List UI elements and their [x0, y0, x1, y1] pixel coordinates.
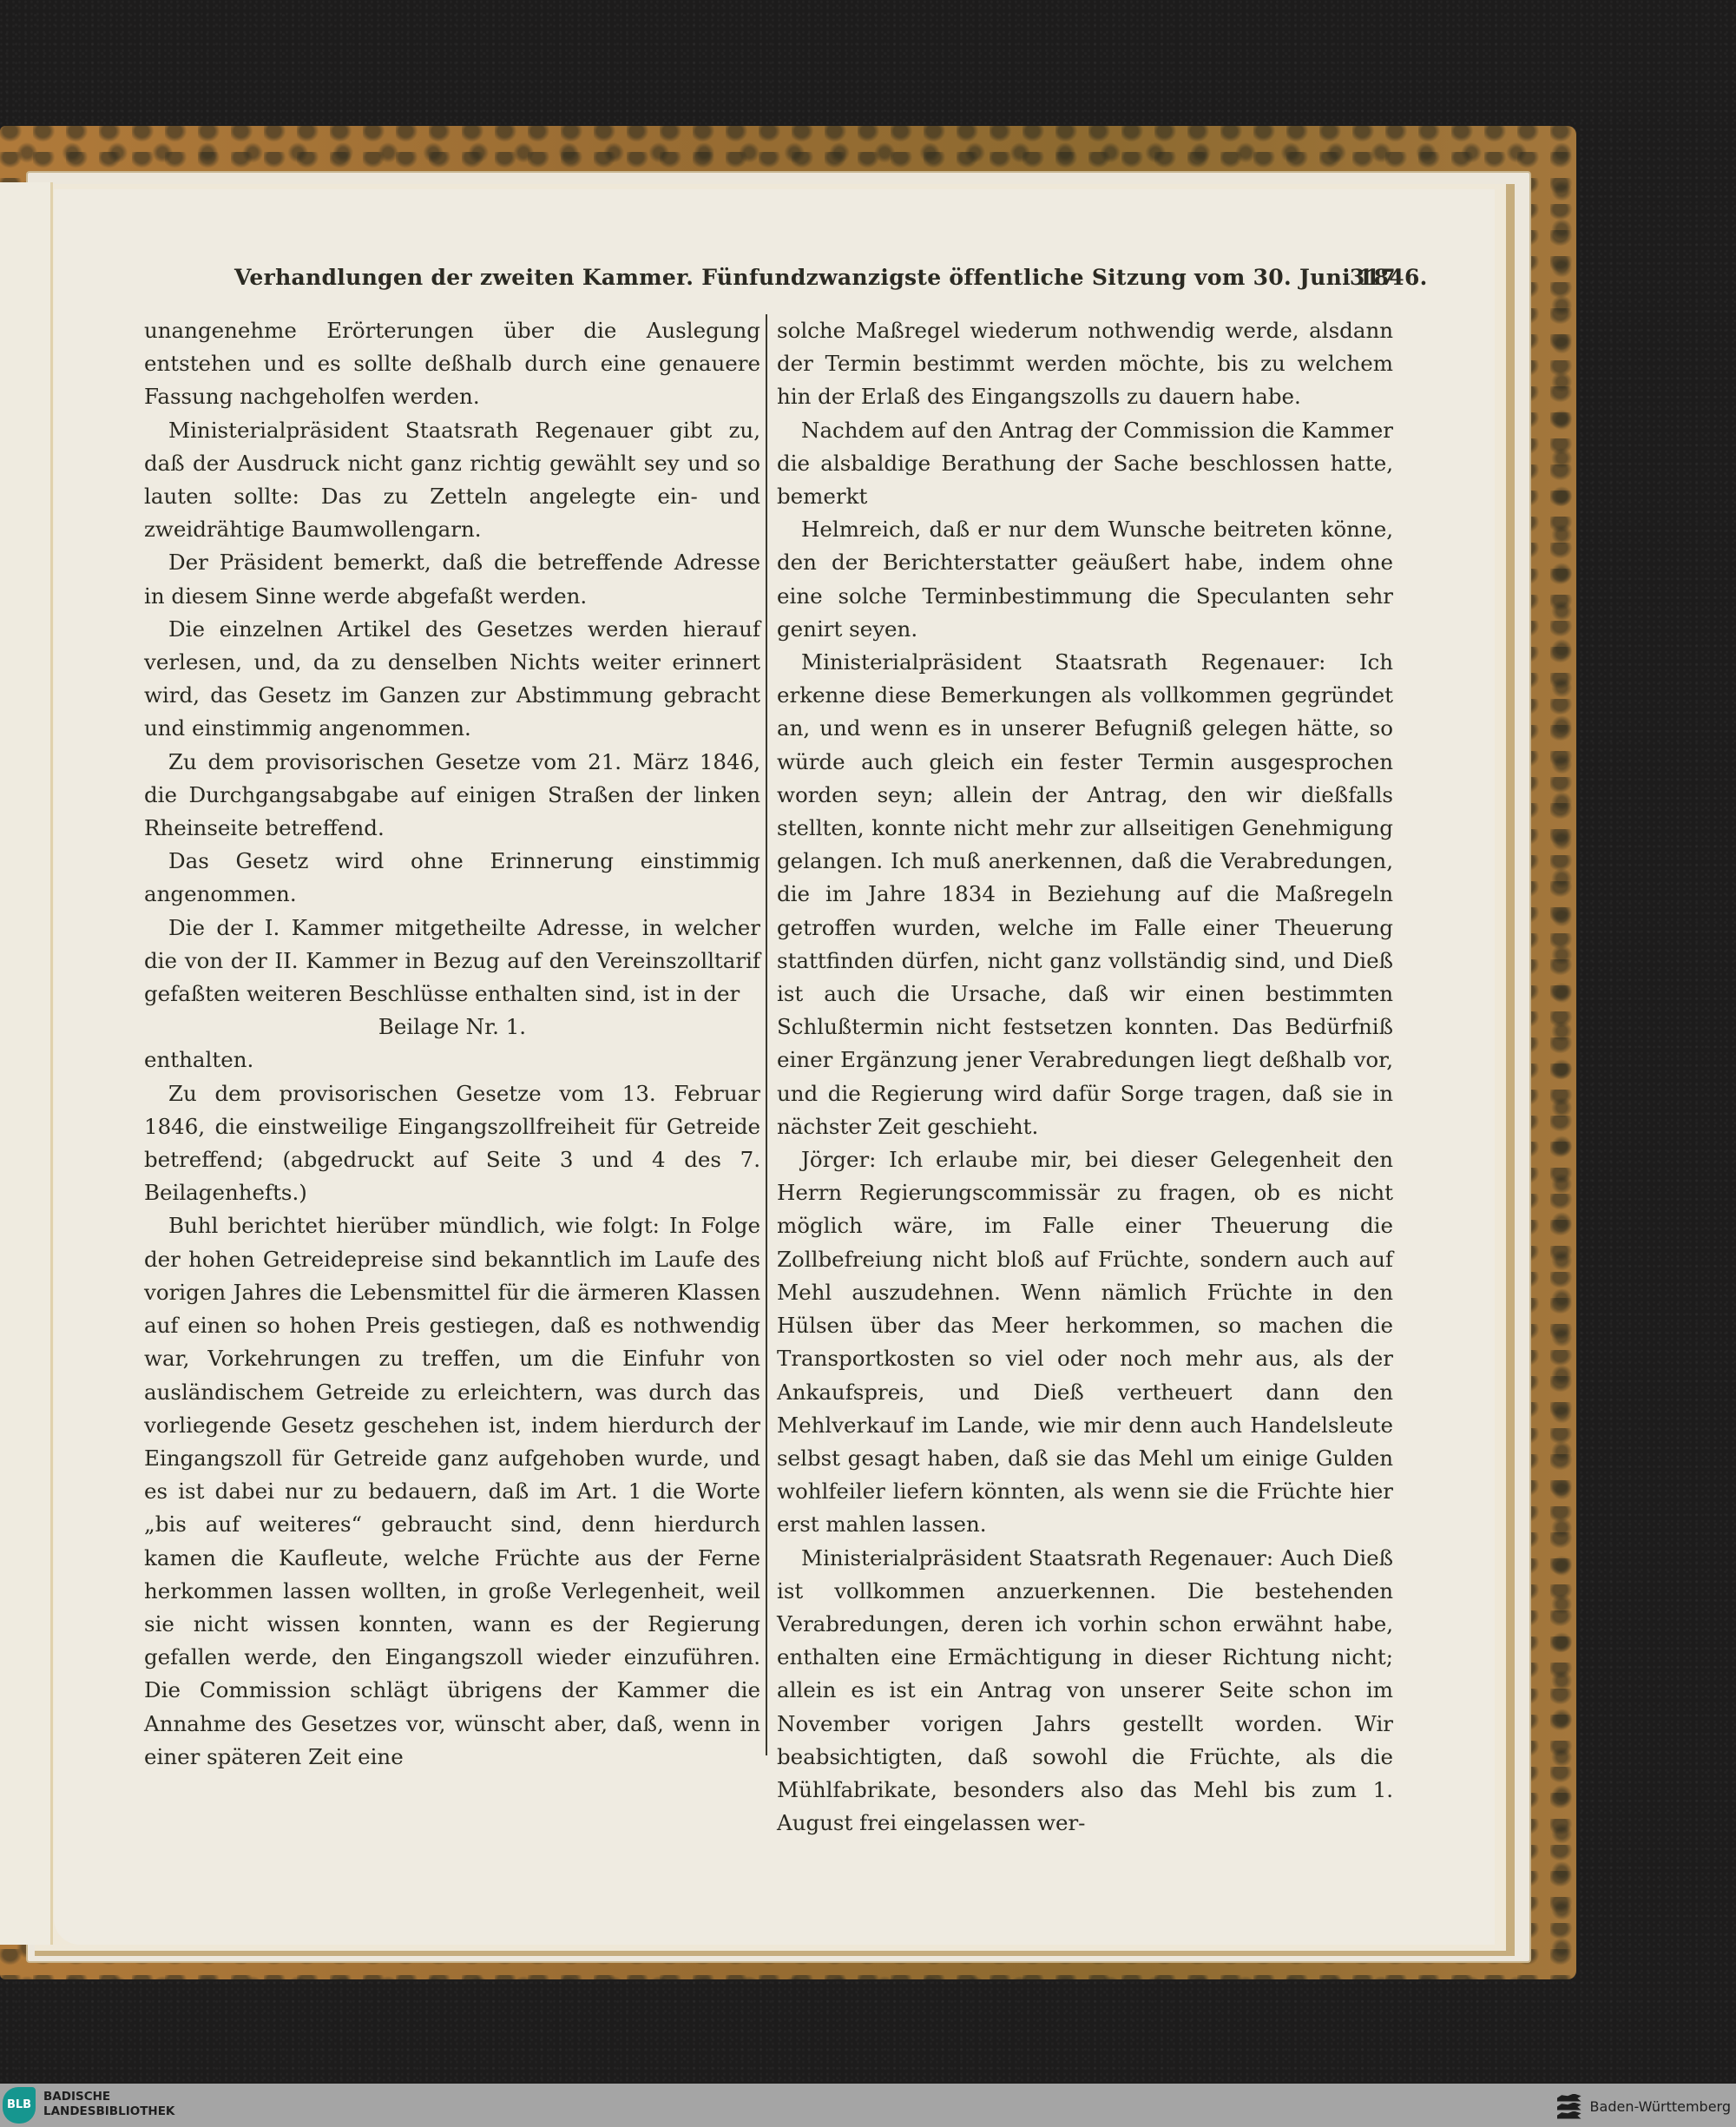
paragraph: Der Präsident bemerkt, daß die betreffen… — [144, 546, 760, 612]
paragraph: Ministerialpräsident Staatsrath Regenaue… — [777, 1542, 1393, 1841]
page-number: 317 — [1350, 265, 1396, 290]
left-page-edge — [0, 182, 53, 1945]
paragraph: Ministerialpräsident Staatsrath Regenaue… — [777, 646, 1393, 1143]
paragraph: Beilage Nr. 1. — [144, 1011, 760, 1044]
footer-bar: BLB BADISCHE LANDESBIBLIOTHEK Baden-Würt… — [0, 2084, 1736, 2127]
paragraph: Zu dem provisorischen Gesetze vom 21. Mä… — [144, 746, 760, 846]
column-divider — [766, 314, 767, 1755]
blb-name-line1: BADISCHE — [43, 2090, 174, 2104]
lions-coat-of-arms-icon — [1557, 2094, 1581, 2119]
baden-wuerttemberg-label: Baden-Württemberg — [1590, 2098, 1731, 2115]
paragraph: Buhl berichtet hierüber mündlich, wie fo… — [144, 1209, 760, 1773]
running-head-title: Verhandlungen der zweiten Kammer. Fünfun… — [234, 265, 1428, 290]
blb-name[interactable]: BADISCHE LANDESBIBLIOTHEK — [43, 2090, 174, 2119]
running-head: Verhandlungen der zweiten Kammer. Fünfun… — [234, 265, 1406, 290]
left-column: unangenehme Erörterungen über die Ausleg… — [144, 314, 760, 1774]
baden-wuerttemberg-logo[interactable]: Baden-Württemberg — [1557, 2091, 1731, 2121]
blb-name-line2: LANDESBIBLIOTHEK — [43, 2104, 174, 2119]
paragraph: Die einzelnen Artikel des Gesetzes werde… — [144, 613, 760, 746]
blb-logo-icon[interactable]: BLB — [3, 2087, 36, 2124]
paragraph: Zu dem provisorischen Gesetze vom 13. Fe… — [144, 1077, 760, 1210]
paragraph: Nachdem auf den Antrag der Commission di… — [777, 414, 1393, 514]
paragraph: Das Gesetz wird ohne Erinnerung einstimm… — [144, 845, 760, 911]
paragraph: Ministerialpräsident Staatsrath Regenaue… — [144, 414, 760, 547]
paragraph: Jörger: Ich erlaube mir, bei dieser Gele… — [777, 1143, 1393, 1541]
paragraph: unangenehme Erörterungen über die Ausleg… — [144, 314, 760, 414]
paragraph: Die der I. Kammer mitgetheilte Adresse, … — [144, 912, 760, 1011]
paragraph: solche Maßregel wiederum nothwendig werd… — [777, 314, 1393, 414]
paragraph: enthalten. — [144, 1044, 760, 1077]
right-column: solche Maßregel wiederum nothwendig werd… — [777, 314, 1393, 1840]
paragraph: Helmreich, daß er nur dem Wunsche beitre… — [777, 513, 1393, 646]
